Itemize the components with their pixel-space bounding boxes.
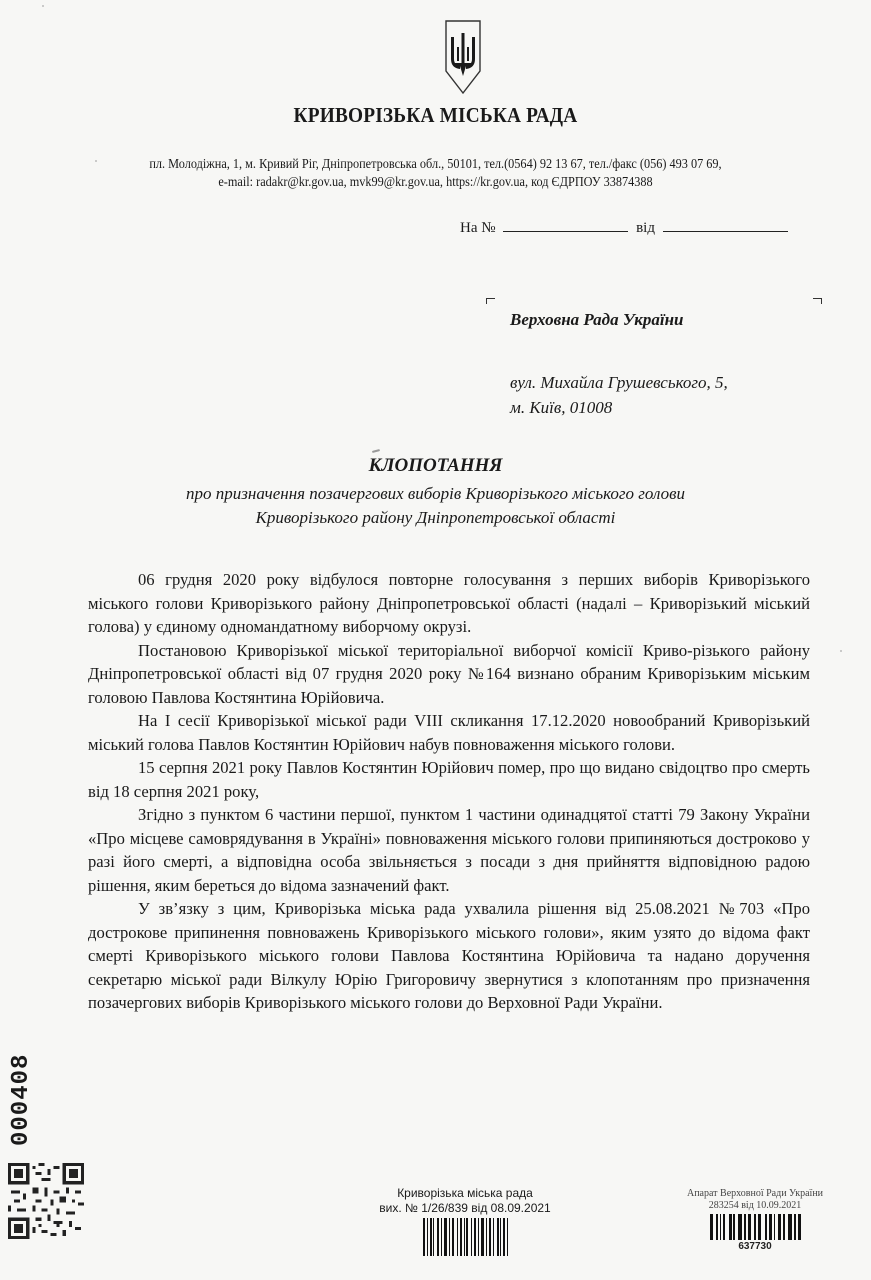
outgoing-stamp-org: Криворізька міська рада [360, 1186, 570, 1201]
incoming-barcode-number: 637730 [665, 1241, 845, 1253]
body-paragraph: 06 грудня 2020 року відбулося повторне г… [88, 568, 810, 639]
contact-info: пл. Молодіжна, 1, м. Кривий Ріг, Дніпроп… [30, 155, 840, 191]
body-paragraph: Згідно з пунктом 6 частини першої, пункт… [88, 803, 810, 897]
reference-date-label: від [636, 220, 655, 236]
address-corner-mark-right [813, 298, 822, 304]
recipient-address-city: м. Київ, 01008 [510, 395, 728, 420]
incoming-barcode-icon [688, 1214, 823, 1240]
organization-name: КРИВОРІЗЬКА МІСЬКА РАДА [35, 103, 836, 128]
incoming-stamp-org: Апарат Верховної Ради України [665, 1188, 845, 1200]
body-paragraph: Постановою Криворізької міської територі… [88, 639, 810, 710]
body-paragraph: 15 серпня 2021 року Павлов Костянтин Юрі… [88, 756, 810, 803]
contact-line-email: e-mail: radakr@kr.gov.ua, mvk99@kr.gov.u… [30, 173, 840, 191]
recipient-name: Верховна Рада України [510, 310, 683, 330]
incoming-registration-stamp: Апарат Верховної Ради України 283254 від… [665, 1188, 845, 1253]
contact-line-address: пл. Молодіжна, 1, м. Кривий Ріг, Дніпроп… [30, 155, 840, 173]
reference-number-label: На № [460, 220, 496, 236]
outgoing-registration-stamp: Криворізька міська рада вих. № 1/26/839 … [360, 1186, 570, 1256]
serial-number: 000408 [8, 1040, 38, 1160]
scan-mark [372, 449, 380, 453]
document-title: КЛОПОТАННЯ [0, 455, 871, 477]
document-subtitle-line: Криворізького району Дніпропетровської о… [0, 506, 871, 530]
document-subtitle: про призначення позачергових виборів Кри… [0, 482, 871, 530]
body-paragraph: На I сесії Криворізької міської ради VII… [88, 709, 810, 756]
incoming-stamp-number: 283254 від 10.09.2021 [665, 1200, 845, 1212]
scan-speck [95, 160, 97, 162]
reference-line: На № від [460, 219, 788, 237]
qr-code-icon [8, 1163, 84, 1239]
body-paragraph: У зв’язку з цим, Криворізька міська рада… [88, 897, 810, 1015]
outgoing-barcode-icon [409, 1218, 521, 1256]
outgoing-stamp-number: вих. № 1/26/839 від 08.09.2021 [360, 1201, 570, 1216]
recipient-address: вул. Михайла Грушевського, 5, м. Київ, 0… [510, 370, 728, 420]
reference-date-blank [663, 219, 788, 232]
document-body: 06 грудня 2020 року відбулося повторне г… [88, 568, 810, 1015]
scan-speck [840, 650, 842, 652]
recipient-address-street: вул. Михайла Грушевського, 5, [510, 370, 728, 395]
reference-number-blank [503, 219, 628, 232]
document-subtitle-line: про призначення позачергових виборів Кри… [0, 482, 871, 506]
scan-speck [42, 5, 44, 7]
ukraine-trident-icon [443, 19, 483, 95]
address-corner-mark-left [486, 298, 495, 304]
